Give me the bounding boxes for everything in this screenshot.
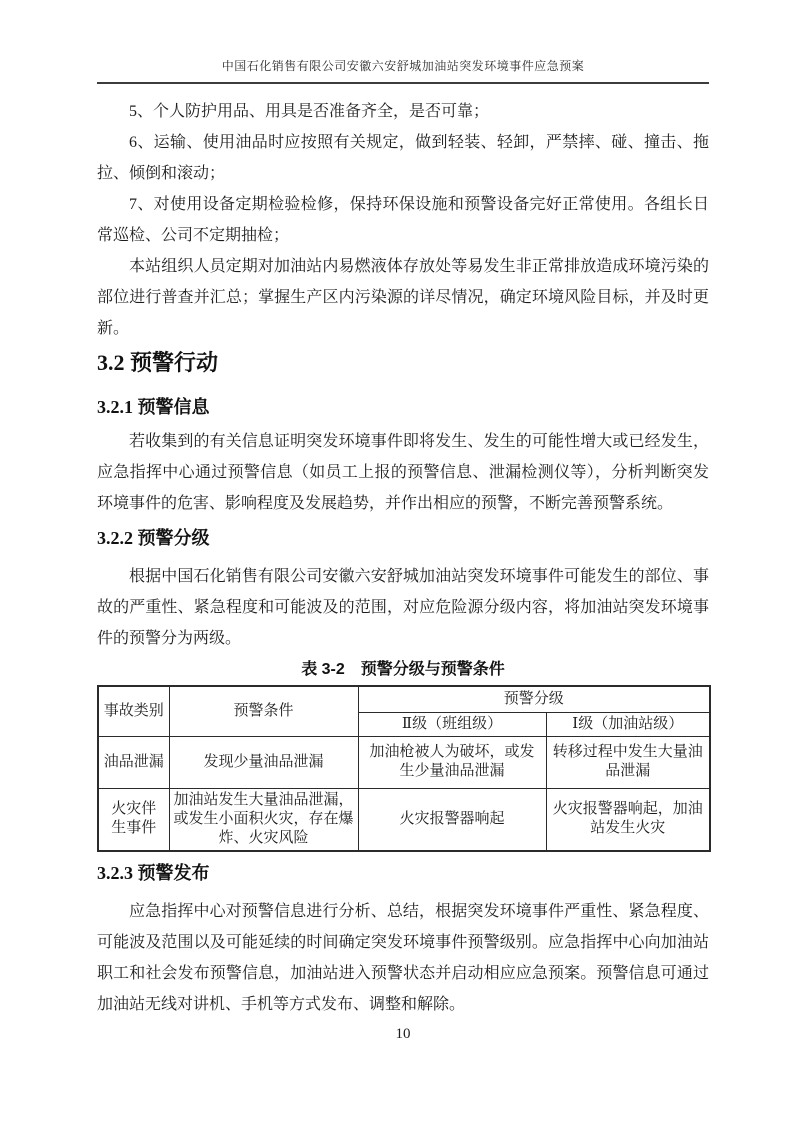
section-heading-3-2-2: 3.2.2 预警分级 [97,525,709,551]
cell-oil-leak-condition: 发现少量油品泄漏 [169,736,358,788]
paragraph-warning-info: 若收集到的有关信息证明突发环境事件即将发生、发生的可能性增大或已经发生，应急指挥… [97,426,709,519]
table-row-oil-leak: 油品泄漏 发现少量油品泄漏 加油枪被人为破坏，或发生少量油品泄漏 转移过程中发生… [98,736,710,788]
paragraph-warning-release: 应急指挥中心对预警信息进行分析、总结，根据突发环境事件严重性、紧急程度、可能波及… [97,896,709,1020]
list-item-7: 7、对使用设备定期检验检修，保持环保设施和预警设备完好正常使用。各组长日常巡检、… [97,189,709,251]
list-item-6: 6、运输、使用油品时应按照有关规定，做到轻装、轻卸，严禁摔、碰、撞击、拖拉、倾倒… [97,127,709,189]
cell-fire-event-level2: 火灾报警器响起 [358,788,546,851]
section-heading-3-2-3: 3.2.3 预警发布 [97,860,709,886]
section-heading-3-2-1: 3.2.1 预警信息 [97,394,709,420]
header-cell-level2: Ⅱ级（班组级） [358,712,546,736]
header-cell-accident-type: 事故类别 [98,686,169,736]
header-cell-warning-grading: 预警分级 [358,686,710,712]
cell-oil-leak-level1: 转移过程中发生大量油品泄漏 [546,736,710,788]
list-item-5: 5、个人防护用品、用具是否准备齐全，是否可靠； [97,96,709,127]
table-caption: 表 3-2 预警分级与预警条件 [97,658,709,682]
document-page: 中国石化销售有限公司安徽六安舒城加油站突发环境事件应急预案 5、个人防护用品、用… [0,0,793,1122]
section-heading-3-2: 3.2 预警行动 [97,348,709,378]
cell-fire-event-category: 火灾伴 生事件 [98,788,169,851]
header-cell-warning-condition: 预警条件 [169,686,358,736]
cell-fire-event-level1: 火灾报警器响起，加油站发生火灾 [546,788,710,851]
paragraph-warning-grading: 根据中国石化销售有限公司安徽六安舒城加油站突发环境事件可能发生的部位、事故的严重… [97,561,709,654]
header-cell-level1: Ⅰ级（加油站级） [546,712,710,736]
warning-grading-table: 事故类别 预警条件 预警分级 Ⅱ级（班组级） Ⅰ级（加油站级） 油品泄漏 发现少… [97,685,711,852]
table-header-row-1: 事故类别 预警条件 预警分级 [98,686,710,712]
table-row-fire-event: 火灾伴 生事件 加油站发生大量油品泄漏，或发生小面积火灾，存在爆炸、火灾风险 火… [98,788,710,851]
cell-oil-leak-level2: 加油枪被人为破坏，或发生少量油品泄漏 [358,736,546,788]
page-number: 10 [97,1026,709,1043]
cell-oil-leak-category: 油品泄漏 [98,736,169,788]
paragraph-inspection: 本站组织人员定期对加油站内易燃液体存放处等易发生非正常排放造成环境污染的部位进行… [97,251,709,344]
cell-fire-event-condition: 加油站发生大量油品泄漏，或发生小面积火灾，存在爆炸、火灾风险 [169,788,358,851]
page-content: 5、个人防护用品、用具是否准备齐全，是否可靠； 6、运输、使用油品时应按照有关规… [97,0,709,1020]
